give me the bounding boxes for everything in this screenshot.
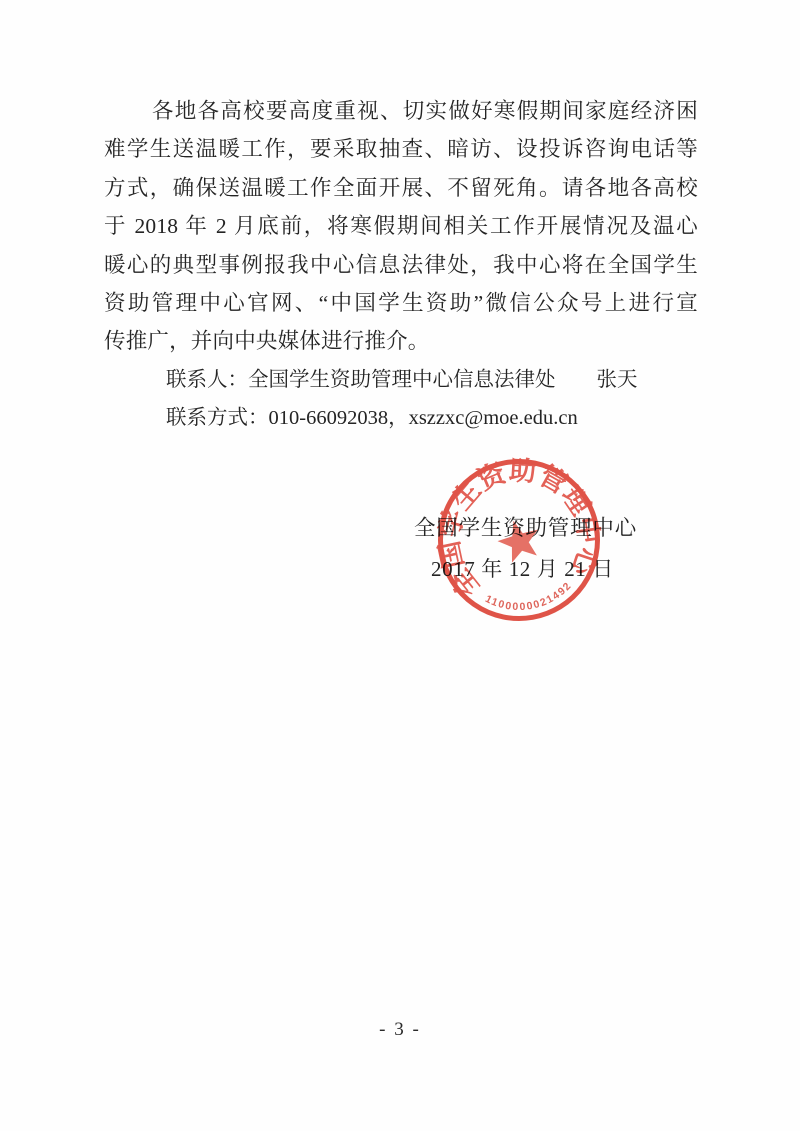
page-number: - 3 - xyxy=(0,1019,800,1041)
paragraph-line: 于 2018 年 2 月底前，将寒假期间相关工作开展情况及温心 xyxy=(104,207,698,245)
paragraph-line: 传推广，并向中央媒体进行推介。 xyxy=(104,322,698,360)
document-page: 各地各高校要高度重视、切实做好寒假期间家庭经济困 难学生送温暖工作，要采取抽查、… xyxy=(0,0,800,1131)
paragraph-line: 暖心的典型事例报我中心信息法律处，我中心将在全国学生 xyxy=(104,246,698,284)
letter-body: 各地各高校要高度重视、切实做好寒假期间家庭经济困 难学生送温暖工作，要采取抽查、… xyxy=(104,92,698,438)
contact-person-line: 联系人：全国学生资助管理中心信息法律处 张天 xyxy=(104,361,698,399)
paragraph-line: 资助管理中心官网、“中国学生资助”微信公众号上进行宣 xyxy=(104,284,698,322)
official-seal: 全国学生资助管理中心 1100000021492 xyxy=(429,450,609,630)
seal-star-icon xyxy=(493,515,544,565)
contact-method-line: 联系方式：010-66092038，xszzxc@moe.edu.cn xyxy=(104,399,698,437)
paragraph-line: 难学生送温暖工作，要采取抽查、暗访、设投诉咨询电话等 xyxy=(104,130,698,168)
paragraph-line: 各地各高校要高度重视、切实做好寒假期间家庭经济困 xyxy=(104,92,698,130)
paragraph-line: 方式，确保送温暖工作全面开展、不留死角。请各地各高校 xyxy=(104,169,698,207)
